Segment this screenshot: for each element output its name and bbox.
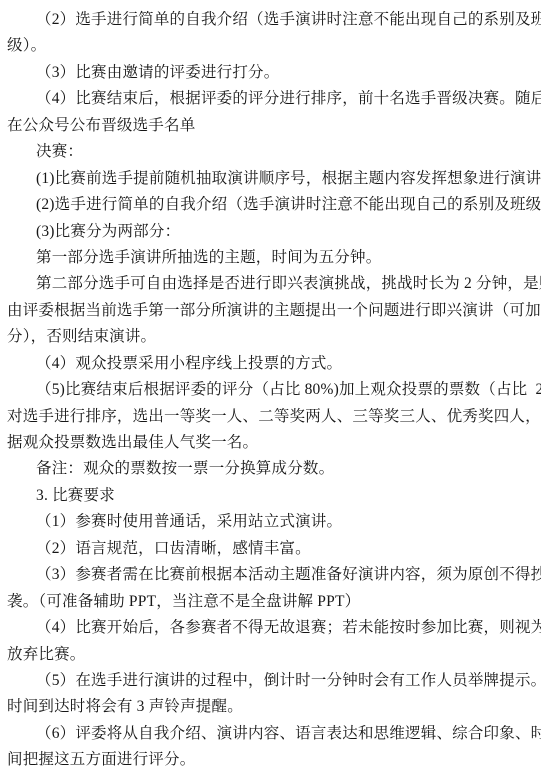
text-line: （2）语言规范，口齿清晰，感情丰富。 — [7, 536, 541, 562]
text-line: 放弃比赛。 — [7, 642, 541, 668]
text-line: （4）观众投票采用小程序线上投票的方式。 — [7, 351, 541, 377]
text-line: 时间到达时将会有 3 声铃声提醒。 — [7, 694, 541, 720]
text-line: （3）参赛者需在比赛前根据本活动主题准备好演讲内容，须为原创不得抄 — [7, 562, 541, 588]
text-line: 第二部分选手可自由选择是否进行即兴表演挑战，挑战时长为 2 分钟，是则 — [7, 271, 541, 297]
document-page: （2）选手进行简单的自我介绍（选手演讲时注意不能出现自己的系别及班 级）。 （3… — [0, 0, 545, 779]
text-line: 对选手进行排序，选出一等奖一人、二等奖两人、三等奖三人、优秀奖四人，根 — [7, 404, 541, 430]
text-line: （4）比赛结束后，根据评委的评分进行排序，前十名选手晋级决赛。随后 — [7, 86, 541, 112]
text-line: （3）比赛由邀请的评委进行打分。 — [7, 60, 541, 86]
text-line: 第一部分选手演讲所抽选的主题，时间为五分钟。 — [7, 245, 541, 271]
note-line: 备注：观众的票数按一票一分换算成分数。 — [7, 456, 541, 482]
text-line: 间把握这五方面进行评分。 — [7, 747, 541, 773]
text-line: （1）参赛时使用普通话，采用站立式演讲。 — [7, 509, 541, 535]
text-line: （6）评委将从自我介绍、演讲内容、语言表达和思维逻辑、综合印象、时 — [7, 721, 541, 747]
text-line: 由评委根据当前选手第一部分所演讲的主题提出一个问题进行即兴演讲（可加 — [7, 298, 541, 324]
text-line: (1)比赛前选手提前随机抽取演讲顺序号，根据主题内容发挥想象进行演讲。 — [7, 166, 541, 192]
text-line: (3)比赛分为两部分： — [7, 219, 541, 245]
section-heading-requirements: 3. 比赛要求 — [7, 483, 541, 509]
text-line: 据观众投票数选出最佳人气奖一名。 — [7, 430, 541, 456]
text-line: 在公众号公布晋级选手名单 — [7, 113, 541, 139]
text-line: （5）在选手进行演讲的过程中，倒计时一分钟时会有工作人员举牌提示。 — [7, 668, 541, 694]
text-line: (2)选手进行简单的自我介绍（选手演讲时注意不能出现自己的系别及班级）。 — [7, 192, 541, 218]
text-line: 袭。（可准备辅助 PPT，当注意不是全盘讲解 PPT） — [7, 589, 541, 615]
text-line: （5)比赛结束后根据评委的评分（占比 80%)加上观众投票的票数（占比 20%) — [7, 377, 541, 403]
section-heading-final: 决赛： — [7, 139, 541, 165]
text-line: 分），否则结束演讲。 — [7, 324, 541, 350]
text-line: （4）比赛开始后，各参赛者不得无故退赛；若未能按时参加比赛，则视为 — [7, 615, 541, 641]
text-line: （2）选手进行简单的自我介绍（选手演讲时注意不能出现自己的系别及班 — [7, 7, 541, 33]
text-line: 级）。 — [7, 33, 541, 59]
